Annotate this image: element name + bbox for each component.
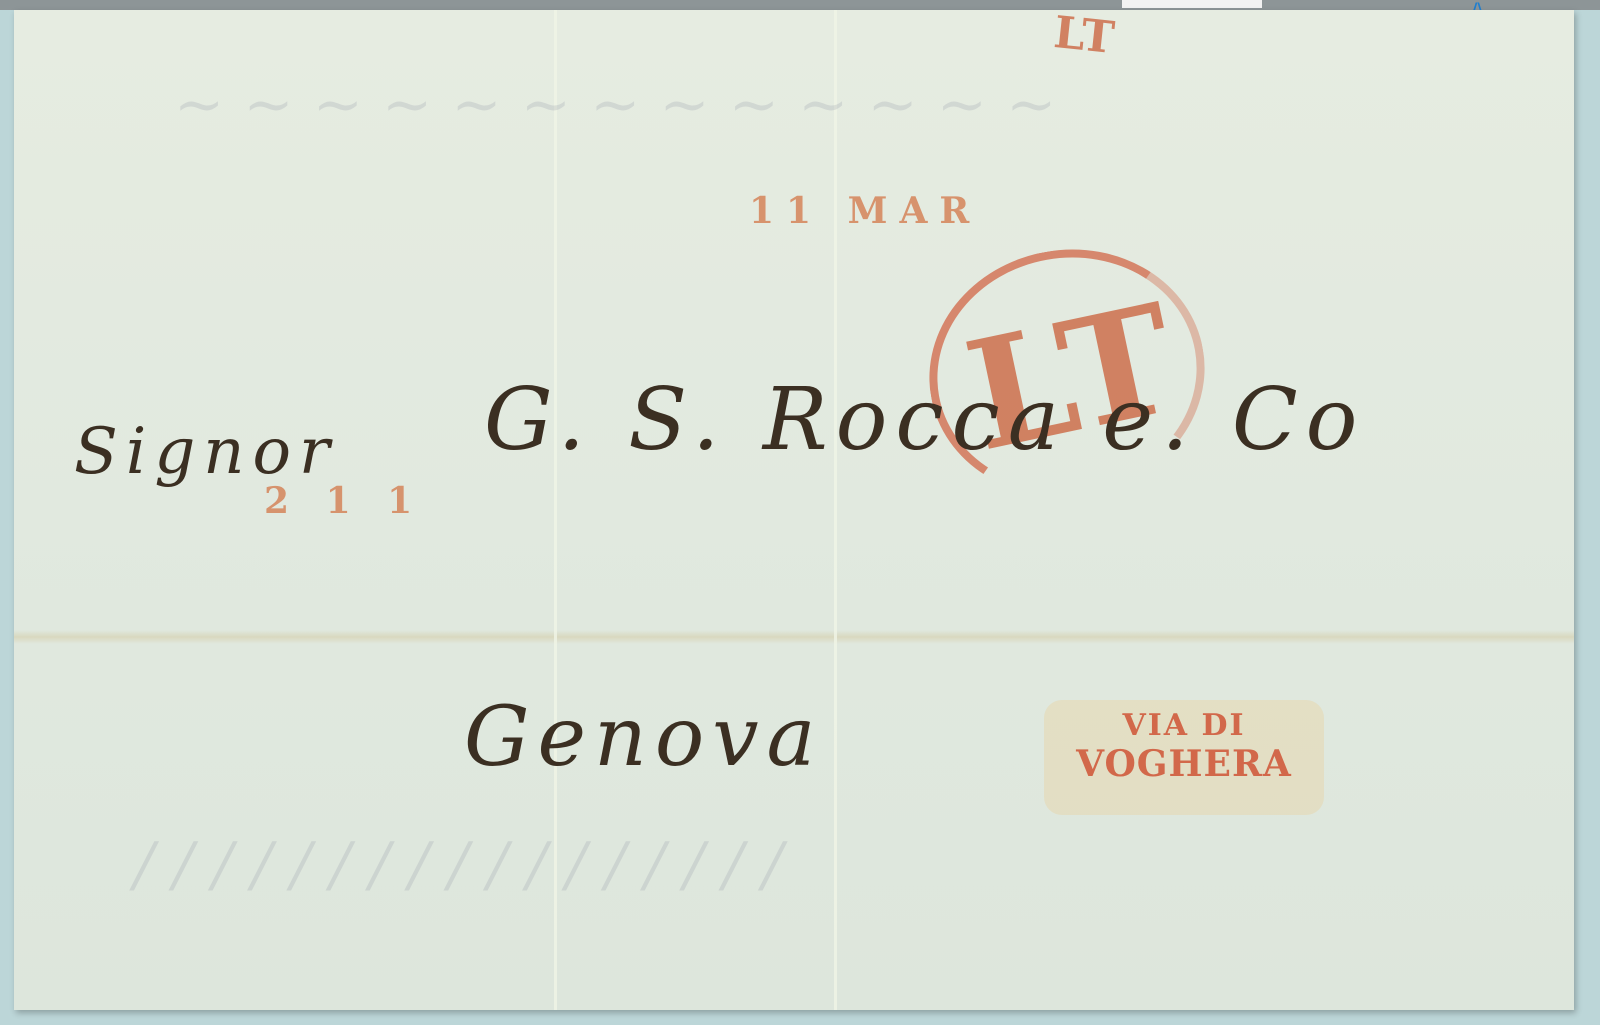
salutation: Signor	[74, 415, 338, 489]
faint-date-mark: 11 MAR	[749, 190, 981, 232]
bleed-through-text: / / / / / / / / / / / / / / / / /	[134, 830, 783, 900]
scan-top-edge	[0, 0, 1600, 10]
route-line-1: VIA DI	[1044, 708, 1324, 743]
horizontal-fold	[14, 630, 1574, 644]
route-line-2: VOGHERA	[1044, 743, 1324, 785]
recipient-name: G. S. Rocca e. Co	[484, 370, 1365, 470]
paper-tab	[1122, 0, 1262, 8]
route-postmark: VIA DI VOGHERA	[1044, 700, 1324, 815]
letter-sheet: ~ ~ ~ ~ ~ ~ ~ ~ ~ ~ ~ ~ ~ / / / / / / / …	[14, 10, 1574, 1010]
top-postmark: LT	[1051, 7, 1116, 64]
bleed-through-text: ~ ~ ~ ~ ~ ~ ~ ~ ~ ~ ~ ~ ~	[174, 70, 1056, 140]
destination-city: Genova	[464, 690, 823, 785]
vertical-fold-right	[834, 10, 837, 1010]
